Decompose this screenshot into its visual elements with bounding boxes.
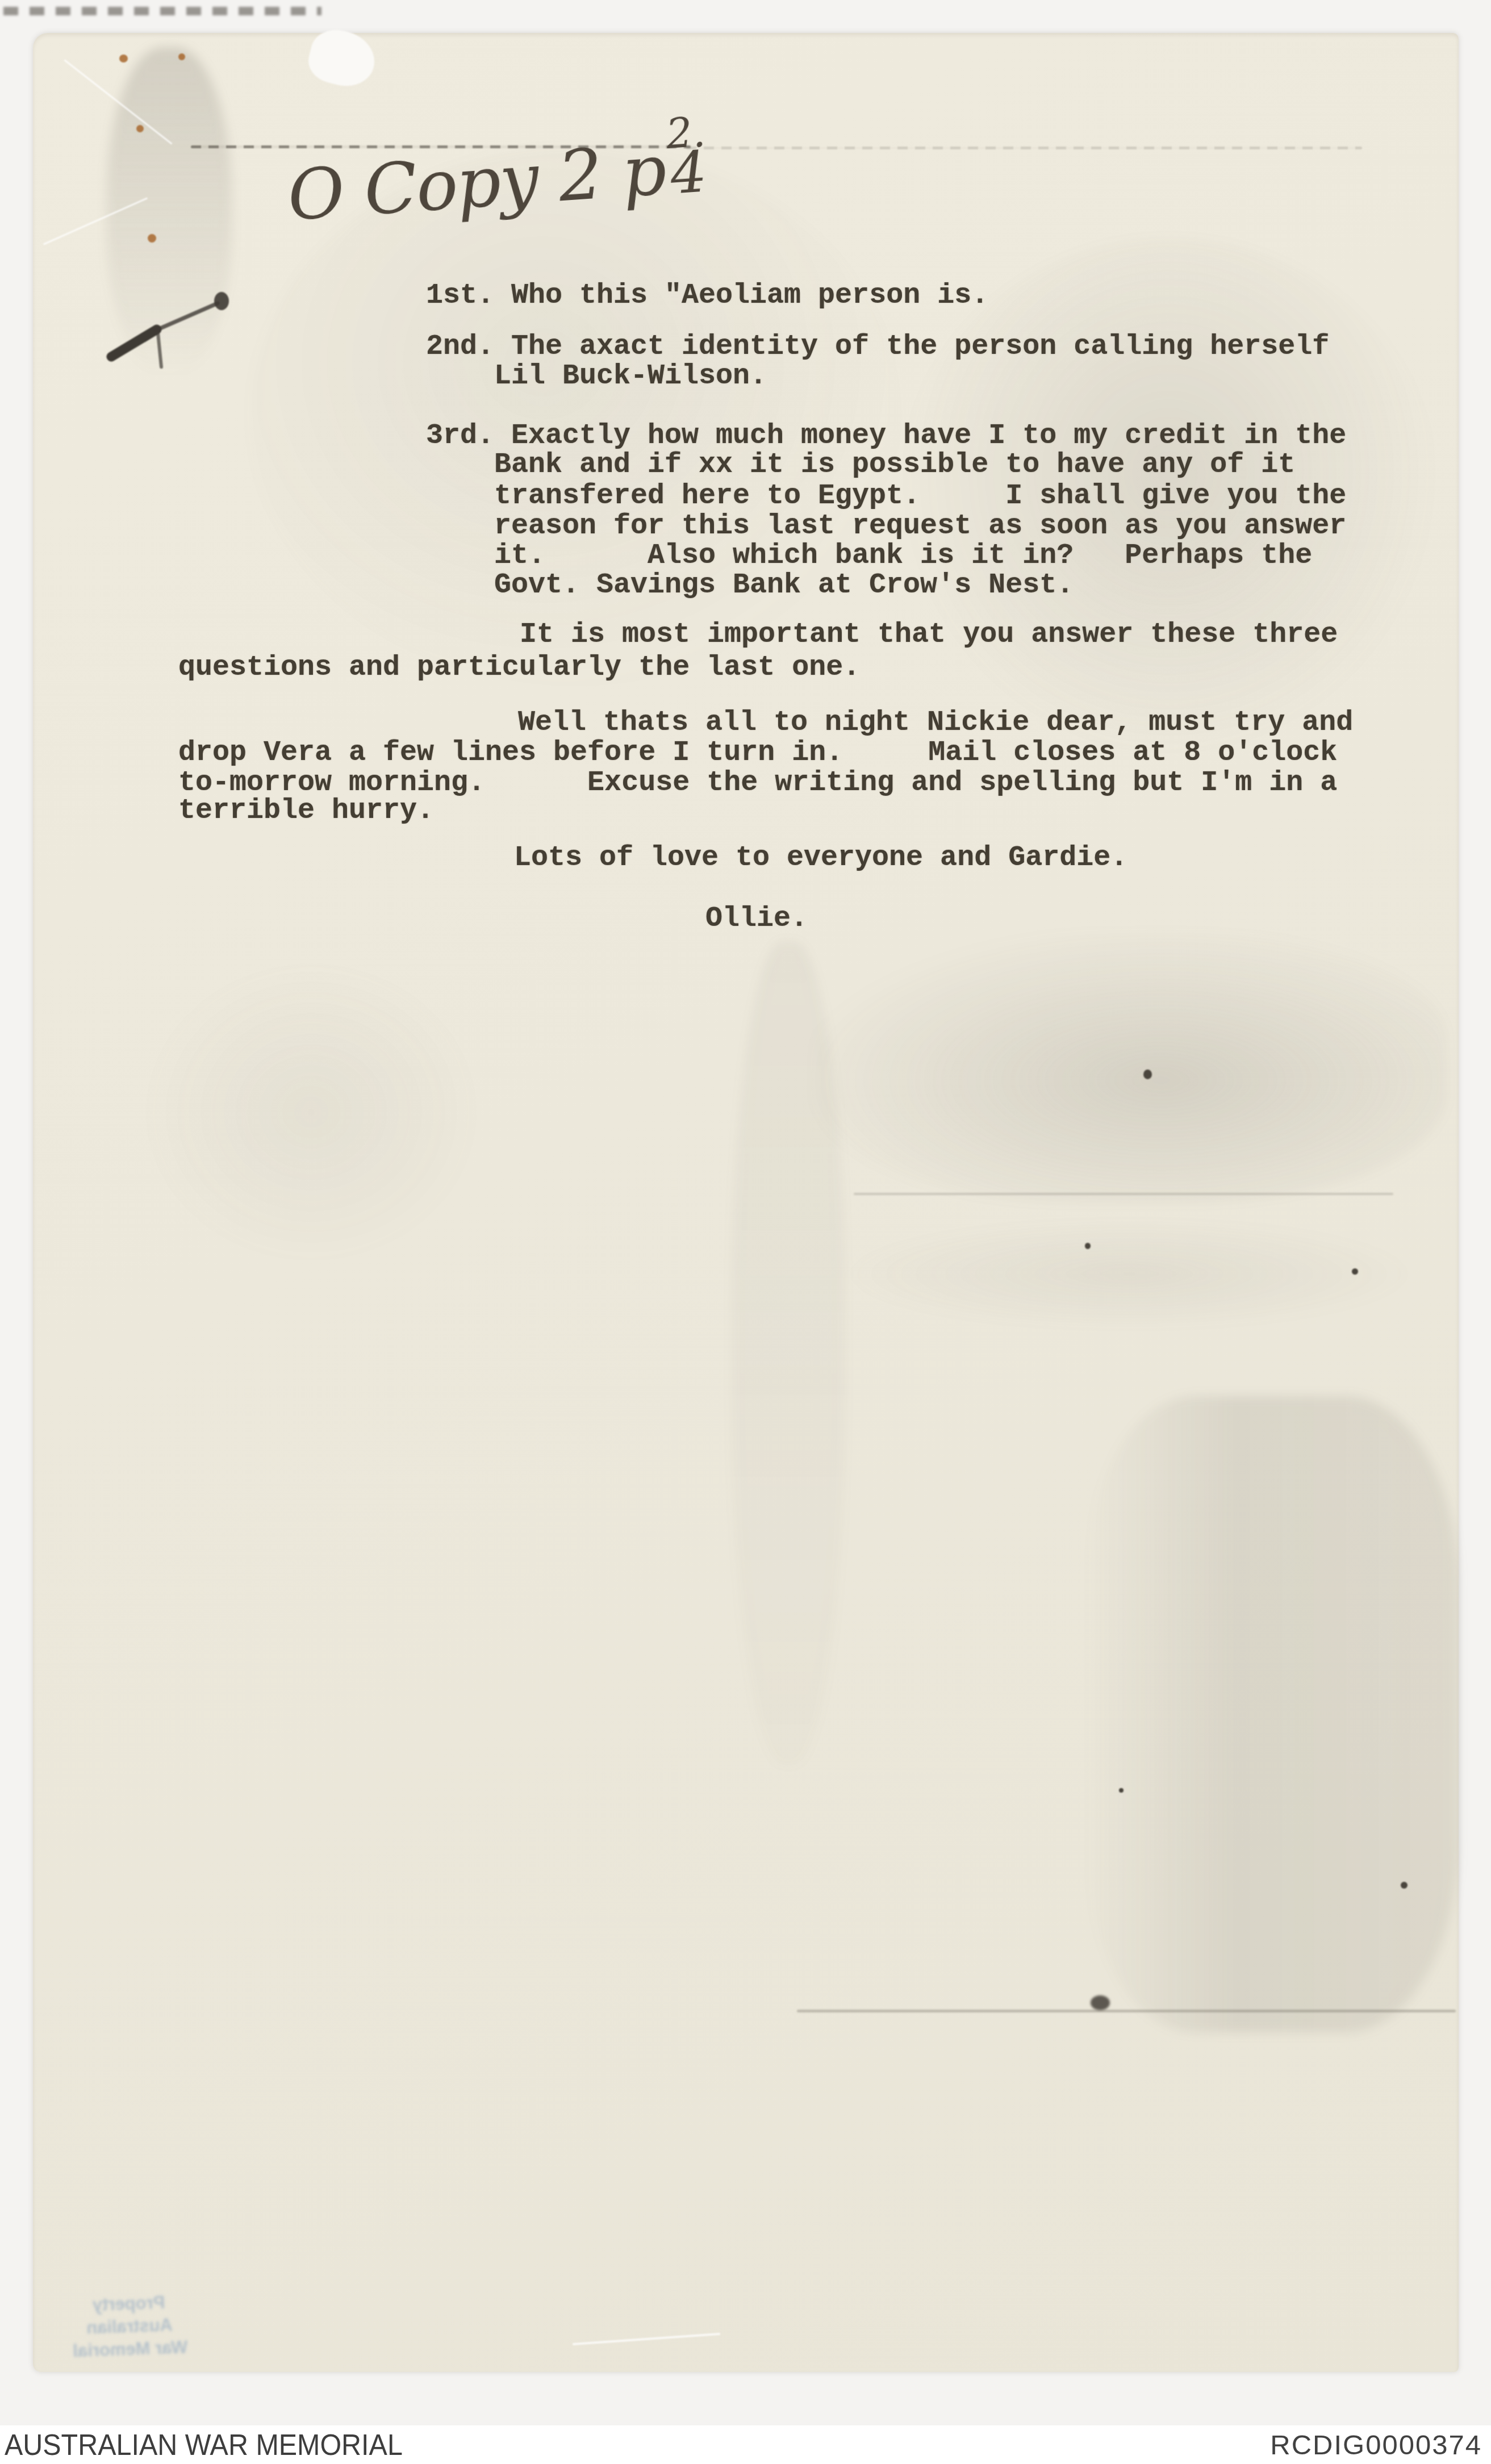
smudge-edge: [854, 1193, 1393, 1195]
typed-line: Bank and if xx it is possible to have an…: [494, 450, 1295, 480]
typed-line: 2nd. The axact identity of the person ca…: [426, 332, 1329, 362]
footer-institution-label: AUSTRALIAN WAR MEMORIAL: [5, 2425, 403, 2464]
toner-smudge: [811, 930, 1447, 1203]
toner-smudge: [147, 964, 476, 1260]
scan-edge-artifact: [3, 7, 321, 15]
ink-speck: [1352, 1268, 1358, 1275]
typed-line: it. Also which bank is it in? Perhaps th…: [494, 541, 1312, 571]
smudge-edge: [797, 2010, 1456, 2012]
foxing-spot: [119, 55, 128, 62]
ink-speck: [1401, 1882, 1408, 1889]
stamp-line: Australian: [86, 2315, 173, 2337]
ink-speck: [1119, 1788, 1124, 1793]
typed-line: questions and particularly the last one.: [178, 653, 860, 683]
foxing-spot: [178, 53, 185, 60]
typed-line: It is most important that you answer the…: [520, 620, 1338, 650]
ink-speck: [1143, 1070, 1152, 1079]
toner-smudge: [1084, 1396, 1459, 2032]
footer-document-id: RCDIG0000374: [1270, 2425, 1482, 2464]
typed-line: terrible hurry.: [178, 796, 434, 826]
typed-line: 3rd. Exactly how much money have I to my…: [426, 421, 1346, 451]
stamp-line: War Memorial: [73, 2337, 188, 2361]
letter-page: O Copy 2 p2.4 1st. Who this "Aeoliam per…: [33, 33, 1459, 2372]
typed-line: Lil Buck-Wilson.: [494, 362, 767, 391]
typed-line: reason for this last request as soon as …: [494, 512, 1346, 541]
pencil-line: [686, 147, 1362, 149]
typed-line: Well thats all to night Nickie dear, mus…: [518, 708, 1353, 738]
typed-line: transfered here to Egypt. I shall give y…: [494, 482, 1346, 511]
typed-line: Ollie.: [705, 904, 808, 934]
toner-smudge: [851, 1220, 1408, 1328]
typed-line: Lots of love to everyone and Gardie.: [514, 843, 1127, 873]
paper-crease: [64, 59, 173, 144]
paper-crease: [43, 197, 148, 245]
annotation-page-fraction: 2.4: [665, 116, 709, 197]
typed-line: Govt. Savings Bank at Crow's Nest.: [494, 571, 1074, 600]
typed-line: 1st. Who this "Aeoliam person is.: [426, 281, 988, 311]
ink-speck: [1085, 1243, 1091, 1249]
paper-crease: [573, 2333, 720, 2345]
show-through-stamp: Property Australian War Memorial: [49, 2290, 210, 2363]
typed-line: to-morrow morning. Excuse the writing an…: [178, 769, 1337, 798]
foxing-spot: [148, 234, 156, 243]
ink-blot: [1091, 1995, 1110, 2010]
pencil-mark: [101, 272, 249, 391]
toner-smudge: [732, 942, 845, 1765]
foxing-spot: [136, 125, 144, 132]
typed-line: drop Vera a few lines before I turn in. …: [178, 738, 1337, 768]
fraction-denominator: 4: [667, 149, 709, 197]
footer-bar: AUSTRALIAN WAR MEMORIAL RCDIG0000374: [0, 2425, 1491, 2464]
handwritten-annotation: O Copy 2 p2.4: [285, 126, 711, 236]
stamp-line: Property: [92, 2292, 165, 2315]
scanned-letter-view: O Copy 2 p2.4 1st. Who this "Aeoliam per…: [0, 0, 1491, 2464]
